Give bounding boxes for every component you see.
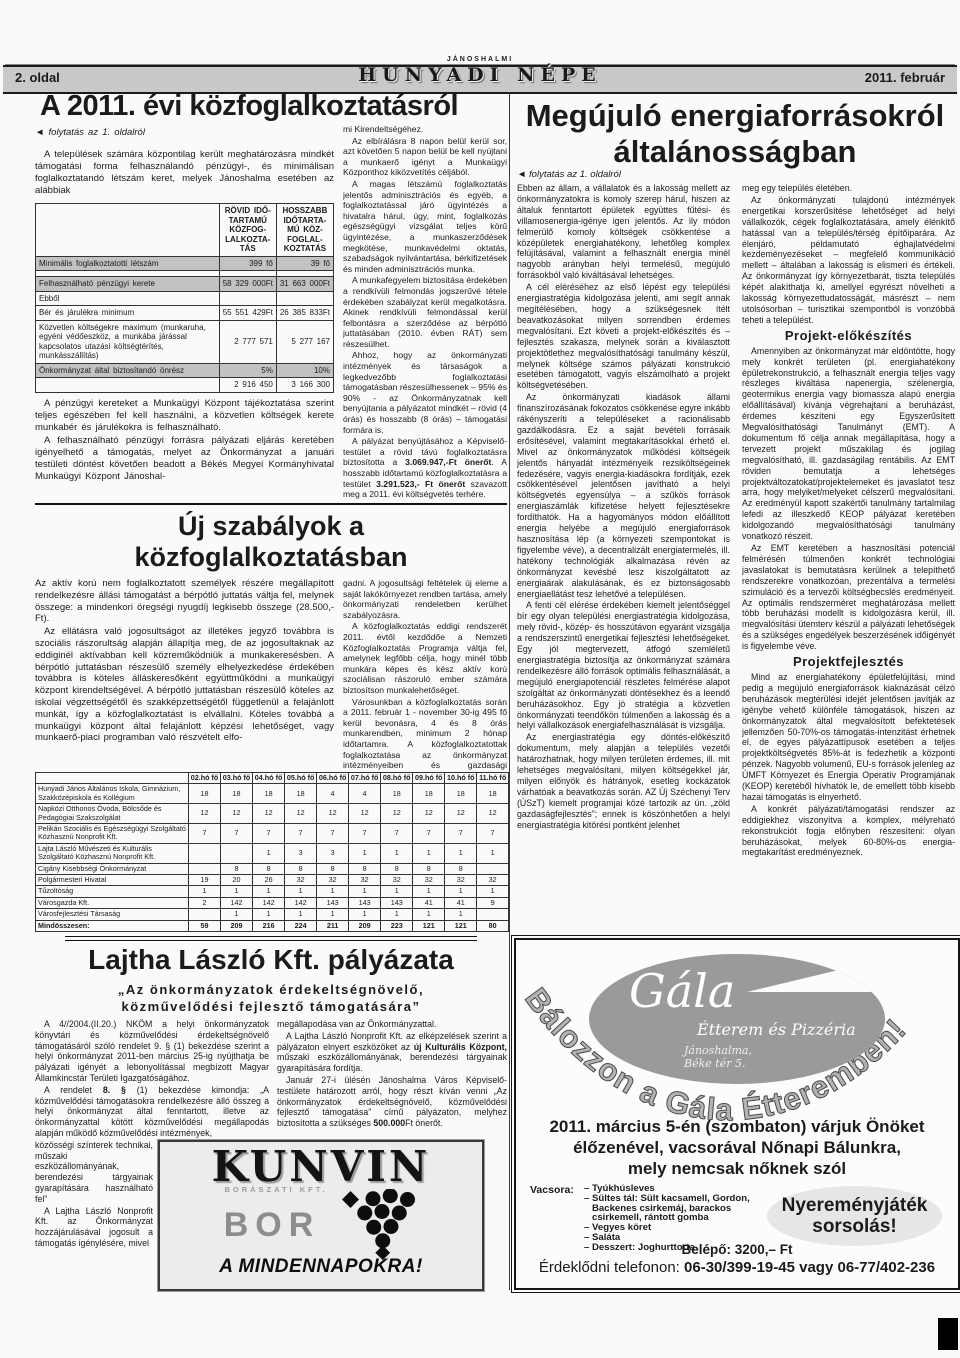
budget-table: RÖVID IDŐ- TARTAMÚ KÖZFOG- LALKOZTA- TÁS… <box>35 203 334 393</box>
paragraph: A cél eléréséhez az első lépést egy tele… <box>517 282 730 391</box>
gala-advertisement: Bálozzon a Gála Étteremben! Gála Étterem… <box>514 938 960 1290</box>
column-divider <box>509 92 510 1290</box>
article-column: meg egy település életében.Az önkormányz… <box>742 183 955 933</box>
table-row: Ebből <box>36 291 334 306</box>
newspaper-masthead: HUNYADI NÉPE <box>0 64 960 86</box>
paragraph: Az önkormányzati kiadások állami finansz… <box>517 392 730 599</box>
article-lajtha-title: Lajtha László Kft. pályázata <box>35 944 507 976</box>
article-column: ◄ folytatás az 1. oldalról A települések… <box>35 124 334 502</box>
paragraph: mely nemcsak nőknek szól <box>526 1158 948 1179</box>
pizza-slice-shape <box>747 956 885 1014</box>
paragraph: Városunkban a közfoglalkoztatás során a … <box>343 697 507 770</box>
table-row: Cigány Kisebbségi Önkormányzat88888888 <box>36 863 509 874</box>
table-row: Önkormányzat által biztosítandó önrész5%… <box>36 363 334 378</box>
paragraph: Ahhoz, hogy az önkormányzati intézmények… <box>343 350 507 435</box>
table-row: Hunyadi János Általános Iskola, Gimnáziu… <box>36 784 509 804</box>
menu-label: Vacsora: <box>530 1184 584 1253</box>
table-row: Polgármesteri Hivatal1920263232323232323… <box>36 875 509 886</box>
paragraph: Ebben az állam, a vállalatok és a lakoss… <box>517 183 730 281</box>
paragraph: A települések számára központilag került… <box>35 149 334 197</box>
paragraph: A közfoglalkoztatási program végrehajtás… <box>343 501 507 502</box>
paragraph: Az EMT keretében a hasznosítási potenciá… <box>742 543 955 652</box>
continuation-note: ◄ folytatás az 1. oldalról <box>35 127 334 139</box>
paragraph: A pénzügyi kereteket a Munkaügyi Központ… <box>35 398 334 434</box>
paragraph: A 4//2004.(II.20.) NKÖM a helyi önkormán… <box>35 1019 269 1084</box>
masthead-small-text: JÁNOSHALMI <box>0 56 960 63</box>
continuation-note: ◄ folytatás az 1. oldalról <box>517 169 621 180</box>
paragraph: Amennyiben az önkormányzat már eldöntött… <box>742 346 955 542</box>
paragraph: A közfoglalkoztatás eddigi rendszerét 20… <box>343 621 507 695</box>
table-row: Minimális foglalkoztatotti létszám399 fő… <box>36 256 334 271</box>
gala-logo: Gála Étterem és Pizzéria Jánoshalma, Bék… <box>589 954 885 1084</box>
kunvin-slogan: A MINDENNAPOKRA! <box>160 1256 482 1278</box>
gala-logo-subtitle: Étterem és Pizzéria <box>697 1020 856 1039</box>
paragraph: Az aktív korú nem foglalkoztatott személ… <box>35 578 334 625</box>
paragraph: Január 27-i ülésén Jánoshalma Város Képv… <box>277 1075 507 1129</box>
paragraph: Mind az energiahatékony épületfelújítási… <box>742 672 955 803</box>
paragraph: közösségi színterek technikai, műszaki e… <box>35 1140 153 1205</box>
table-row: Városgazda Kft.214214214214314314341419 <box>36 897 509 908</box>
paragraph: A fenti cél elérése érdekében kiemelt je… <box>517 600 730 731</box>
grape-bunch-icon <box>340 1189 418 1261</box>
page-number: 2. oldal <box>15 70 60 85</box>
section-subheading: Projektfejlesztés <box>742 657 955 668</box>
table-row: Mindösszesen:592092162242112092231211218… <box>36 920 509 931</box>
data-table: 02.hó fő03.hó fő04.hó fő05.hó fő06.hó fő… <box>35 772 509 932</box>
paragraph: mi Kirendeltségéhez. <box>343 124 507 135</box>
section-divider-double <box>65 936 477 941</box>
paragraph: 2011. március 5-én (szombaton) várjuk Ön… <box>526 1116 948 1137</box>
article-column-narrow: közösségi színterek technikai, műszaki e… <box>35 1140 153 1250</box>
table-row: Felhasználható pénzügyi kerete58 329 000… <box>36 277 334 292</box>
kunvin-company-type: BORÁSZATI KFT. <box>158 1185 482 1194</box>
paragraph: A magas létszámú foglalkoztatás jelentős… <box>343 179 507 274</box>
table-row: Városfejlesztési Társaság11111111 <box>36 909 509 920</box>
table-row: Pelikán Szociális és Egészségügyi Szolgá… <box>36 824 509 844</box>
table-header-row: 02.hó fő03.hó fő04.hó fő05.hó fő06.hó fő… <box>36 773 509 784</box>
paragraph: megállapodása van az Önkormányzattal. <box>277 1019 507 1030</box>
article-kozfoglalkoztatas-body: ◄ folytatás az 1. oldalról A települések… <box>35 124 507 502</box>
article-column: mi Kirendeltségéhez.Az elbírálásra 8 nap… <box>343 124 507 502</box>
table-row: Közvetlen költségekre maximum (munkaruha… <box>36 320 334 363</box>
scan-corner-mark <box>938 1318 958 1350</box>
data-table: RÖVID IDŐ- TARTAMÚ KÖZFOG- LALKOZTA- TÁS… <box>35 203 334 393</box>
newspaper-page: JÁNOSHALMI 2. oldal HUNYADI NÉPE 2011. f… <box>0 0 960 1358</box>
kunvin-brand-name: KUNVIN <box>160 1147 482 1187</box>
article-energia-title: Megújuló energiaforrásokról általánosság… <box>514 98 956 170</box>
paragraph: Az elbírálásra 8 napon belül kerül sor, … <box>343 136 507 178</box>
article-uj-szabalyok-title: Új szabályok a közfoglalkoztatásban <box>35 511 507 573</box>
kunvin-advertisement: KUNVIN BORÁSZATI KFT. BOR A MINDENNAPOKR… <box>158 1140 484 1291</box>
paragraph: Az ellátásra való jogosultságot az illet… <box>35 626 334 744</box>
paragraph: A konkrét pályázati/támogatási rendszer … <box>742 804 955 859</box>
article-column: Ebben az állam, a vállalatok és a lakoss… <box>517 183 730 933</box>
gala-logo-name: Gála <box>629 964 735 1018</box>
paragraph: gadni. A jogosultsági feltételek új elem… <box>343 578 507 620</box>
article-column: megállapodása van az Önkormányzattal.A L… <box>277 1019 507 1137</box>
paragraph: élőzenével, vacsorával Nőnapi Bálunkra, <box>526 1137 948 1158</box>
paragraph: A Lajtha László Nonprofit Kft. az elképz… <box>277 1031 507 1074</box>
paragraph: Az energiastratégia egy döntés-előkészít… <box>517 732 730 830</box>
article-column: Az aktív korú nem foglalkoztatott személ… <box>35 578 334 770</box>
table-header-row: RÖVID IDŐ- TARTAMÚ KÖZFOG- LALKOZTA- TÁS… <box>36 204 334 257</box>
article-uj-szabalyok-body: Az aktív korú nem foglalkoztatott személ… <box>35 578 507 770</box>
contact-phone: Érdeklődni telefonon: 06-30/399-19-45 va… <box>516 1259 958 1276</box>
table-row: Bér és járulékra minimum55 551 429Ft26 3… <box>36 306 334 321</box>
paragraph: A Lajtha László Nonprofit Kft. az Önkorm… <box>35 1206 153 1249</box>
paragraph: A rendelet 8. § (1) bekezdése kimondja: … <box>35 1085 269 1139</box>
paragraph: meg egy település életében. <box>742 183 955 194</box>
article-column: gadni. A jogosultsági feltételek új elem… <box>343 578 507 770</box>
article-energia-body: Ebben az állam, a vállalatok és a lakoss… <box>517 183 955 933</box>
paragraph: A felhasználható pénzügyi forrásra pályá… <box>35 435 334 483</box>
paragraph: A pályázat benyújtásához a Képviselő-tes… <box>343 436 507 500</box>
dinner-menu: Vacsora: – Tyúkhúsleves– Sültes tál: Sül… <box>530 1184 795 1253</box>
table-row: Lajta László Művészeti és Kulturális Szo… <box>36 843 509 863</box>
table-row: Napközi Otthonos Óvoda, Bölcsőde és Peda… <box>36 804 509 824</box>
article-column-continued: A pénzügyi kereteket a Munkaügyi Központ… <box>35 398 334 483</box>
paragraph: Az önkormányzati tulajdonú intézmények e… <box>742 195 955 326</box>
table-row: Tűzoltóság1111111111 <box>36 886 509 897</box>
paragraph: – Desszert: Joghurttorta <box>584 1243 795 1253</box>
ball-invitation-text: 2011. március 5-én (szombaton) várjuk Ön… <box>526 1116 948 1179</box>
article-lajtha-subtitle: „Az önkormányzatok érdekeltségnövelő, kö… <box>35 981 507 1015</box>
kunvin-product-label: BOR <box>224 1206 321 1245</box>
paragraph: A munkafegyelem biztosítása érdekében a … <box>343 275 507 349</box>
staff-table: 02.hó fő03.hó fő04.hó fő05.hó fő06.hó fő… <box>35 772 509 932</box>
article-kozfoglalkoztatas-title: A 2011. évi közfoglalkoztatásról <box>40 90 510 123</box>
table-row: 2 916 4503 166 300 <box>36 378 334 393</box>
section-divider <box>35 503 507 505</box>
section-subheading: Projekt-előkészítés <box>742 331 955 342</box>
prize-badge: Nyereményjáték sorsolás! <box>767 1186 942 1246</box>
menu-items: – Tyúkhúsleves– Sültes tál: Sült kacsame… <box>584 1184 795 1253</box>
gala-logo-address: Jánoshalma, Béke tér 5. <box>684 1044 752 1070</box>
issue-date: 2011. február <box>865 70 945 85</box>
